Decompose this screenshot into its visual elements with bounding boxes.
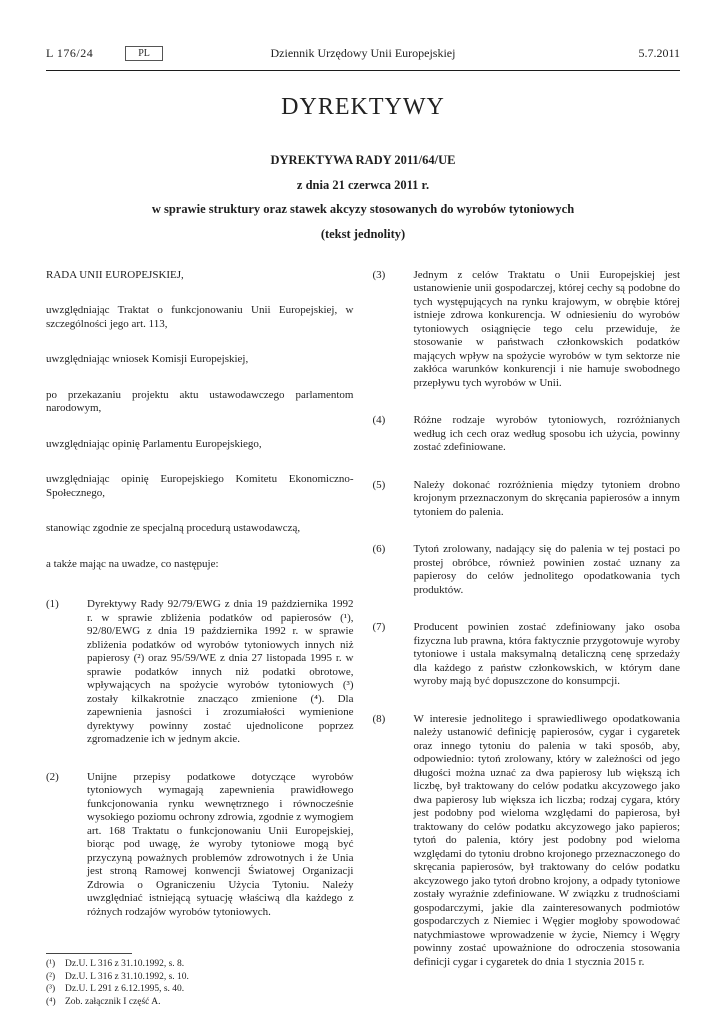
recital-text: Jednym z celów Traktatu o Unii Europejsk… — [414, 269, 681, 391]
recital-8: (8) W interesie jednolitego i sprawiedli… — [373, 713, 681, 970]
journal-page: L 176/24 PL Dziennik Urzędowy Unii Europ… — [0, 0, 725, 1024]
footnote-number: (³) — [46, 983, 65, 996]
recital-text: Różne rodzaje wyrobów tytoniowych, rozró… — [414, 414, 681, 455]
preamble-line: uwzględniając opinię Europejskiego Komit… — [46, 473, 354, 500]
recital-number: (7) — [373, 621, 414, 689]
header-left: L 176/24 PL — [46, 46, 236, 61]
right-column: (3) Jednym z celów Traktatu o Unii Europ… — [373, 269, 681, 981]
recital-number: (1) — [46, 598, 87, 747]
recital-number: (3) — [373, 269, 414, 391]
footnote-number: (¹) — [46, 958, 65, 971]
recital-number: (4) — [373, 414, 414, 455]
document-title-block: DYREKTYWA RADY 2011/64/UE z dnia 21 czer… — [46, 153, 680, 242]
preamble-line: po przekazaniu projektu aktu ustawodawcz… — [46, 389, 354, 416]
footnote-text: Dz.U. L 316 z 31.10.1992, s. 10. — [65, 971, 189, 984]
preamble: RADA UNII EUROPEJSKIEJ, uwzględniając Tr… — [46, 269, 354, 599]
language-badge: PL — [125, 46, 163, 61]
recital-3: (3) Jednym z celów Traktatu o Unii Europ… — [373, 269, 681, 391]
recital-6: (6) Tytoń zrolowany, nadający się do pal… — [373, 543, 681, 597]
recital-text: Unijne przepisy podatkowe dotyczące wyro… — [87, 771, 354, 920]
footnote-text: Zob. załącznik I część A. — [65, 996, 160, 1009]
recital-number: (5) — [373, 479, 414, 520]
journal-title: Dziennik Urzędowy Unii Europejskiej — [236, 46, 490, 61]
recital-5: (5) Należy dokonać rozróżnienia między t… — [373, 479, 681, 520]
recital-number: (6) — [373, 543, 414, 597]
section-title: DYREKTYWY — [46, 94, 680, 121]
recital-text: Tytoń zrolowany, nadający się do palenia… — [414, 543, 681, 597]
recital-7: (7) Producent powinien zostać zdefiniowa… — [373, 621, 681, 689]
recital-text: W interesie jednolitego i sprawiedliwego… — [414, 713, 681, 970]
preamble-line: uwzględniając opinię Parlamentu Europejs… — [46, 438, 354, 452]
preamble-line: uwzględniając wniosek Komisji Europejski… — [46, 353, 354, 367]
recital-1: (1) Dyrektywy Rady 92/79/EWG z dnia 19 p… — [46, 598, 354, 747]
footnote-rule — [46, 953, 132, 954]
recital-text: Dyrektywy Rady 92/79/EWG z dnia 19 paźdz… — [87, 598, 354, 747]
page-header: L 176/24 PL Dziennik Urzędowy Unii Europ… — [46, 46, 680, 71]
footnote-number: (²) — [46, 971, 65, 984]
page-reference: L 176/24 — [46, 46, 93, 61]
footnotes: (¹) Dz.U. L 316 z 31.10.1992, s. 8. (²) … — [46, 943, 354, 1008]
preamble-line: a także mając na uwadze, co następuje: — [46, 558, 354, 572]
recital-2: (2) Unijne przepisy podatkowe dotyczące … — [46, 771, 354, 920]
preamble-line: uwzględniając Traktat o funkcjonowaniu U… — [46, 304, 354, 331]
footnote-1: (¹) Dz.U. L 316 z 31.10.1992, s. 8. — [46, 958, 354, 971]
recital-text: Producent powinien zostać zdefiniowany j… — [414, 621, 681, 689]
directive-subject: w sprawie struktury oraz stawek akcyzy s… — [46, 202, 680, 217]
publication-date: 5.7.2011 — [490, 46, 680, 61]
recital-text: Należy dokonać rozróżnienia między tyton… — [414, 479, 681, 520]
left-column: RADA UNII EUROPEJSKIEJ, uwzględniając Tr… — [46, 269, 354, 981]
recital-4: (4) Różne rodzaje wyrobów tytoniowych, r… — [373, 414, 681, 455]
footnote-number: (⁴) — [46, 996, 65, 1009]
recital-number: (8) — [373, 713, 414, 970]
footnote-4: (⁴) Zob. załącznik I część A. — [46, 996, 354, 1009]
directive-date: z dnia 21 czerwca 2011 r. — [46, 178, 680, 193]
footnote-text: Dz.U. L 316 z 31.10.1992, s. 8. — [65, 958, 184, 971]
footnote-2: (²) Dz.U. L 316 z 31.10.1992, s. 10. — [46, 971, 354, 984]
two-column-body: RADA UNII EUROPEJSKIEJ, uwzględniając Tr… — [46, 269, 680, 981]
recital-number: (2) — [46, 771, 87, 920]
footnote-text: Dz.U. L 291 z 6.12.1995, s. 40. — [65, 983, 184, 996]
preamble-line: stanowiąc zgodnie ze specjalną procedurą… — [46, 522, 354, 536]
directive-number: DYREKTYWA RADY 2011/64/UE — [46, 153, 680, 168]
footnote-3: (³) Dz.U. L 291 z 6.12.1995, s. 40. — [46, 983, 354, 996]
preamble-line: RADA UNII EUROPEJSKIEJ, — [46, 269, 354, 283]
directive-note: (tekst jednolity) — [46, 227, 680, 242]
